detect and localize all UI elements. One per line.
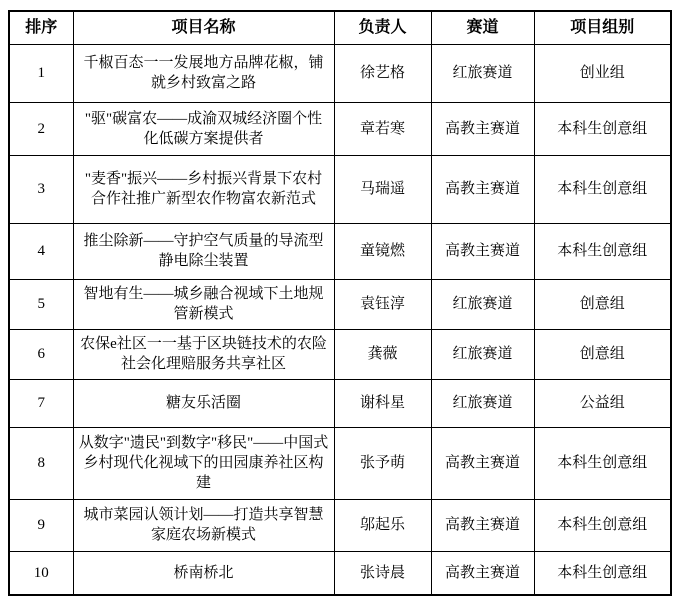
project-name-cell: 从数字"遗民"到数字"移民"——中国式乡村现代化视域下的田园康养社区构建 bbox=[73, 427, 334, 499]
rank-cell: 4 bbox=[9, 223, 73, 279]
rank-cell: 1 bbox=[9, 44, 73, 102]
track-cell: 高教主赛道 bbox=[431, 102, 534, 155]
rank-cell: 3 bbox=[9, 155, 73, 223]
leader-cell: 章若寒 bbox=[334, 102, 431, 155]
track-cell: 高教主赛道 bbox=[431, 499, 534, 551]
leader-cell: 谢科星 bbox=[334, 379, 431, 427]
group-cell: 本科生创意组 bbox=[534, 102, 671, 155]
track-cell: 红旅赛道 bbox=[431, 379, 534, 427]
header-leader: 负责人 bbox=[334, 11, 431, 44]
rank-cell: 6 bbox=[9, 329, 73, 379]
group-cell: 公益组 bbox=[534, 379, 671, 427]
table-row: 10 桥南桥北 张诗晨 高教主赛道 本科生创意组 bbox=[9, 551, 671, 595]
table-row: 9 城市菜园认领计划——打造共享智慧家庭农场新模式 邬起乐 高教主赛道 本科生创… bbox=[9, 499, 671, 551]
project-name-cell: 城市菜园认领计划——打造共享智慧家庭农场新模式 bbox=[73, 499, 334, 551]
track-cell: 红旅赛道 bbox=[431, 279, 534, 329]
rank-cell: 9 bbox=[9, 499, 73, 551]
leader-cell: 袁钰淳 bbox=[334, 279, 431, 329]
rank-cell: 5 bbox=[9, 279, 73, 329]
track-cell: 高教主赛道 bbox=[431, 223, 534, 279]
header-rank: 排序 bbox=[9, 11, 73, 44]
track-cell: 红旅赛道 bbox=[431, 44, 534, 102]
header-project-name: 项目名称 bbox=[73, 11, 334, 44]
leader-cell: 龚薇 bbox=[334, 329, 431, 379]
group-cell: 本科生创意组 bbox=[534, 499, 671, 551]
table-row: 7 糖友乐活圈 谢科星 红旅赛道 公益组 bbox=[9, 379, 671, 427]
leader-cell: 马瑞遥 bbox=[334, 155, 431, 223]
track-cell: 高教主赛道 bbox=[431, 427, 534, 499]
group-cell: 本科生创意组 bbox=[534, 551, 671, 595]
leader-cell: 张诗晨 bbox=[334, 551, 431, 595]
project-name-cell: "驱"碳富农——成渝双城经济圈个性化低碳方案提供者 bbox=[73, 102, 334, 155]
table-row: 5 智地有生——城乡融合视域下土地规管新模式 袁钰淳 红旅赛道 创意组 bbox=[9, 279, 671, 329]
project-name-cell: 农保e社区一一基于区块链技术的农险社会化理赔服务共享社区 bbox=[73, 329, 334, 379]
group-cell: 本科生创意组 bbox=[534, 427, 671, 499]
table-row: 6 农保e社区一一基于区块链技术的农险社会化理赔服务共享社区 龚薇 红旅赛道 创… bbox=[9, 329, 671, 379]
document-page: 排序 项目名称 负责人 赛道 项目组别 1 千椒百态一一发展地方品牌花椒，铺就乡… bbox=[0, 0, 680, 597]
track-cell: 高教主赛道 bbox=[431, 155, 534, 223]
group-cell: 创意组 bbox=[534, 279, 671, 329]
leader-cell: 童镜燃 bbox=[334, 223, 431, 279]
track-cell: 红旅赛道 bbox=[431, 329, 534, 379]
header-row: 排序 项目名称 负责人 赛道 项目组别 bbox=[9, 11, 671, 44]
header-group: 项目组别 bbox=[534, 11, 671, 44]
group-cell: 创业组 bbox=[534, 44, 671, 102]
project-name-cell: "麦香"振兴——乡村振兴背景下农村合作社推广新型农作物富农新范式 bbox=[73, 155, 334, 223]
project-name-cell: 桥南桥北 bbox=[73, 551, 334, 595]
project-name-cell: 糖友乐活圈 bbox=[73, 379, 334, 427]
group-cell: 创意组 bbox=[534, 329, 671, 379]
table-row: 2 "驱"碳富农——成渝双城经济圈个性化低碳方案提供者 章若寒 高教主赛道 本科… bbox=[9, 102, 671, 155]
group-cell: 本科生创意组 bbox=[534, 223, 671, 279]
rank-cell: 10 bbox=[9, 551, 73, 595]
leader-cell: 邬起乐 bbox=[334, 499, 431, 551]
project-name-cell: 智地有生——城乡融合视域下土地规管新模式 bbox=[73, 279, 334, 329]
project-name-cell: 推尘除新——守护空气质量的导流型静电除尘装置 bbox=[73, 223, 334, 279]
leader-cell: 徐艺格 bbox=[334, 44, 431, 102]
rank-cell: 2 bbox=[9, 102, 73, 155]
leader-cell: 张予萌 bbox=[334, 427, 431, 499]
table-row: 1 千椒百态一一发展地方品牌花椒，铺就乡村致富之路 徐艺格 红旅赛道 创业组 bbox=[9, 44, 671, 102]
table-row: 3 "麦香"振兴——乡村振兴背景下农村合作社推广新型农作物富农新范式 马瑞遥 高… bbox=[9, 155, 671, 223]
table-row: 4 推尘除新——守护空气质量的导流型静电除尘装置 童镜燃 高教主赛道 本科生创意… bbox=[9, 223, 671, 279]
rank-cell: 7 bbox=[9, 379, 73, 427]
project-name-cell: 千椒百态一一发展地方品牌花椒，铺就乡村致富之路 bbox=[73, 44, 334, 102]
table-row: 8 从数字"遗民"到数字"移民"——中国式乡村现代化视域下的田园康养社区构建 张… bbox=[9, 427, 671, 499]
track-cell: 高教主赛道 bbox=[431, 551, 534, 595]
header-track: 赛道 bbox=[431, 11, 534, 44]
group-cell: 本科生创意组 bbox=[534, 155, 671, 223]
rank-cell: 8 bbox=[9, 427, 73, 499]
project-list-table: 排序 项目名称 负责人 赛道 项目组别 1 千椒百态一一发展地方品牌花椒，铺就乡… bbox=[8, 10, 672, 596]
